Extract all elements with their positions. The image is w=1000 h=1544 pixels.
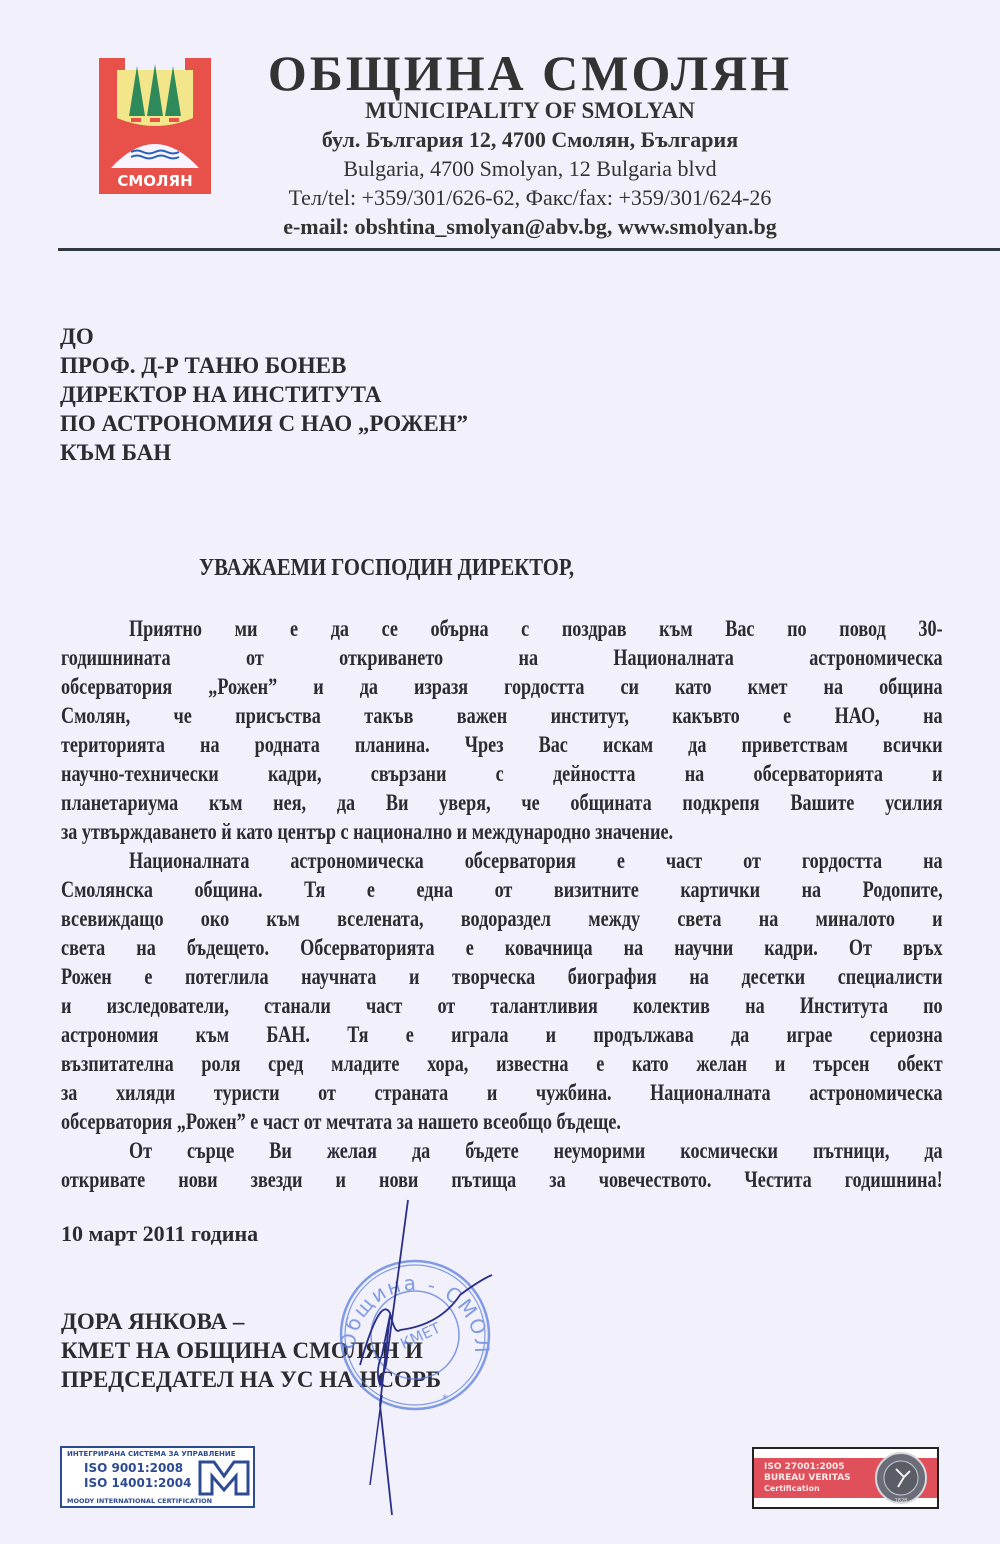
body-line: обсерватория „Рожен” и да изразя гордост…: [61, 673, 943, 701]
body-line: света на бъдещето. Обсерваторията е кова…: [61, 934, 943, 962]
iso-certification-badge: ИНТЕГРИРАНА СИСТЕМА ЗА УПРАВЛЕНИЕ ISO 90…: [60, 1446, 255, 1508]
moody-logo-icon: [198, 1460, 250, 1496]
body-line: територията на родната планина. Чрез Вас…: [61, 731, 943, 759]
body-line: и изследователи, станали част от талантл…: [61, 992, 943, 1020]
body-line: всевиждащо око към вселената, водораздел…: [61, 905, 943, 933]
cert-iso-27001: ISO 27001:2005: [764, 1462, 845, 1472]
body-line: астрономия към БАН. Тя е играла и продъл…: [61, 1021, 943, 1049]
bureau-veritas-seal-icon: 1828: [874, 1451, 928, 1505]
addressee-line: ДО: [60, 322, 468, 351]
body-line: възпитателна роля сред младите хора, изв…: [61, 1050, 943, 1078]
cert-type: Certification: [764, 1484, 820, 1493]
cert-iso-9001: ISO 9001:2008: [84, 1461, 183, 1475]
body-line: научно-технически кадри, свързани с дейн…: [61, 760, 943, 788]
letterhead-address-en: Bulgaria, 4700 Smolyan, 12 Bulgaria blvd: [230, 156, 830, 182]
cert-issuer: MOODY INTERNATIONAL CERTIFICATION: [67, 1497, 212, 1505]
body-line: Рожен е потеглила научната и творческа б…: [61, 963, 943, 991]
letterhead-email-web: e-mail: obshtina_smolyan@abv.bg, www.smo…: [230, 214, 830, 240]
letterhead-title: ОБЩИНА СМОЛЯН: [230, 44, 830, 102]
body-line: Смолянска община. Тя е една от визитните…: [61, 876, 943, 904]
addressee-line: ПО АСТРОНОМИЯ С НАО „РОЖЕН”: [60, 409, 468, 438]
body-line: за утвърждаването й като център с национ…: [61, 818, 943, 846]
body-line: Националната астрономическа обсерватория…: [61, 847, 943, 875]
body-line: годишнината от откриването на Национална…: [61, 644, 943, 672]
letterhead-subtitle: MUNICIPALITY OF SMOLYAN: [230, 98, 830, 124]
bureau-veritas-badge: ISO 27001:2005 BUREAU VERITAS Certificat…: [752, 1447, 939, 1509]
smolyan-coat-of-arms-icon: СМОЛЯН: [97, 56, 213, 194]
body-line: Приятно ми е да се обърна с поздрав към …: [61, 615, 943, 643]
body-line: откривате нови звезди и нови пътища за ч…: [61, 1166, 943, 1194]
handwritten-signature: [320, 1195, 520, 1515]
body-line: От сърце Ви желая да бъдете неуморими ко…: [61, 1137, 943, 1165]
addressee-block: ДО ПРОФ. Д-Р ТАНЮ БОНЕВ ДИРЕКТОР НА ИНСТ…: [60, 322, 468, 467]
logo-label: СМОЛЯН: [117, 172, 192, 190]
addressee-line: КЪМ БАН: [60, 438, 468, 467]
addressee-line: ДИРЕКТОР НА ИНСТИТУТА: [60, 380, 468, 409]
header-divider: [58, 248, 1000, 251]
cert-iso-14001: ISO 14001:2004: [84, 1476, 191, 1490]
body-line: обсерватория „Рожен” е част от мечтата з…: [61, 1108, 943, 1136]
body-line: Смолян, че присъства такъв важен институ…: [61, 702, 943, 730]
salutation: УВАЖАЕМИ ГОСПОДИН ДИРЕКТОР,: [199, 555, 574, 582]
svg-text:1828: 1828: [895, 1498, 908, 1504]
body-line: за хиляди туристи от страната и чужбина.…: [61, 1079, 943, 1107]
letterhead-address-bg: бул. България 12, 4700 Смолян, България: [230, 127, 830, 153]
body-line: планетариума към нея, да Ви уверя, че об…: [61, 789, 943, 817]
cert-issuer: BUREAU VERITAS: [764, 1473, 851, 1483]
addressee-line: ПРОФ. Д-Р ТАНЮ БОНЕВ: [60, 351, 468, 380]
letterhead-phone-fax: Тел/tel: +359/301/626-62, Факс/fax: +359…: [230, 185, 830, 211]
letter-date: 10 март 2011 година: [61, 1221, 258, 1247]
cert-label: ИНТЕГРИРАНА СИСТЕМА ЗА УПРАВЛЕНИЕ: [67, 1450, 236, 1458]
